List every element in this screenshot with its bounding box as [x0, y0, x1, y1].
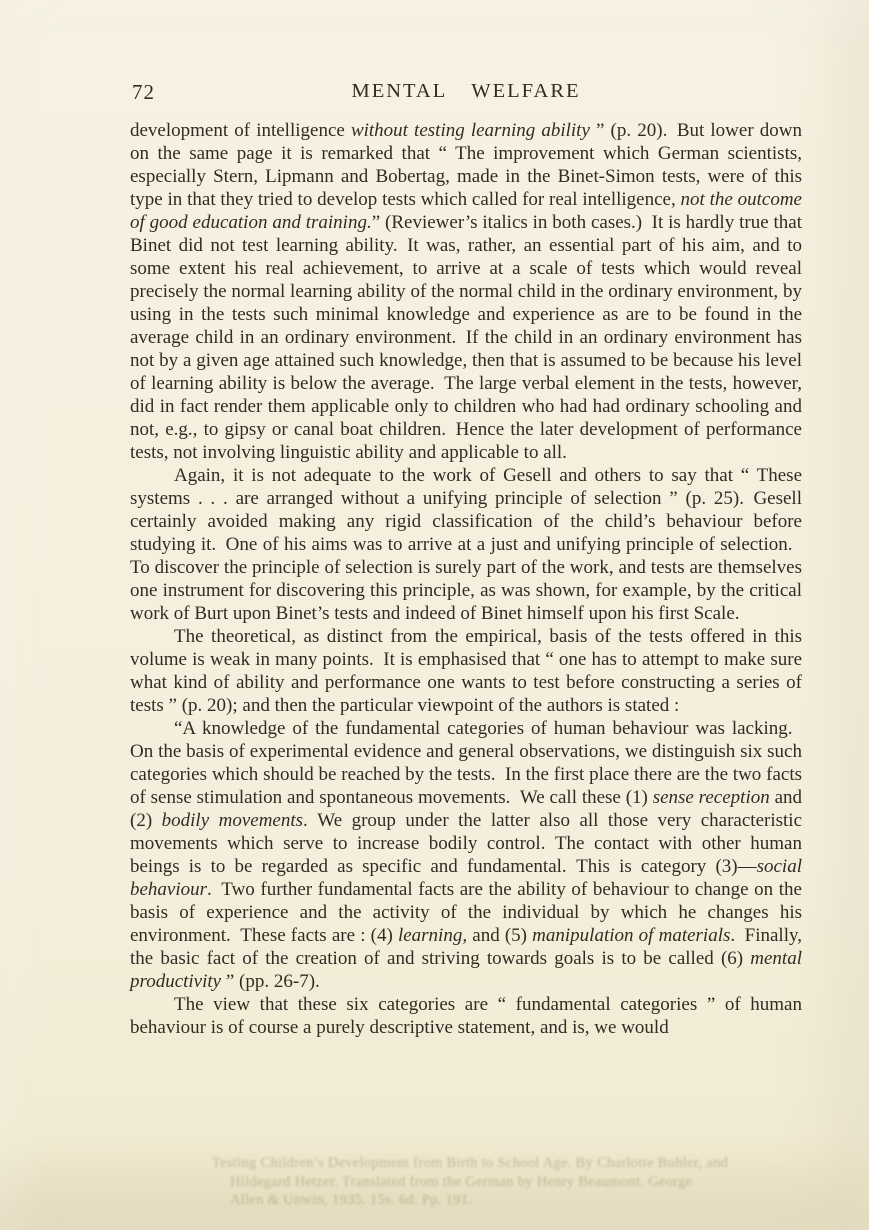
page-header: 72 MENTAL WELFARE: [130, 80, 802, 110]
body-text: and (5): [467, 925, 532, 946]
italic-text: learning,: [398, 925, 467, 946]
paragraph: The theoretical, as distinct from the em…: [130, 625, 802, 717]
showthrough-line: Allen & Unwin, 1935. 15s. 6d. Pp. 191.: [230, 1191, 804, 1210]
body-text: development of intelligence: [130, 120, 351, 141]
body-text: The view that these six categories are “…: [130, 994, 802, 1038]
showthrough-line: Testing Children’s Development from Birt…: [212, 1154, 804, 1173]
paragraph: Again, it is not adequate to the work of…: [130, 464, 802, 625]
paragraph: The view that these six categories are “…: [130, 993, 802, 1039]
showthrough-line: Hildegard Hetzer. Translated from the Ge…: [230, 1173, 804, 1192]
italic-text: manipulation of materials: [532, 925, 730, 946]
body-text: ” (Reviewer’s italics in both cases.) It…: [130, 212, 802, 463]
body-text: The theoretical, as distinct from the em…: [130, 626, 802, 716]
paragraph: development of intelligence without test…: [130, 119, 802, 464]
italic-text: sense reception: [653, 787, 770, 808]
italic-text: without testing learning ability: [351, 120, 590, 141]
body-text: ” (pp. 26-7).: [221, 971, 320, 992]
showthrough-text: Testing Children’s Development from Birt…: [212, 1154, 804, 1210]
book-page: 72 MENTAL WELFARE development of intelli…: [0, 0, 869, 1230]
text-block: development of intelligence without test…: [130, 119, 802, 1039]
italic-text: bodily movements: [162, 810, 303, 831]
body-text: Again, it is not adequate to the work of…: [130, 465, 802, 624]
running-title: MENTAL WELFARE: [130, 80, 802, 103]
paragraph: “A knowledge of the fundamental categori…: [130, 717, 802, 993]
